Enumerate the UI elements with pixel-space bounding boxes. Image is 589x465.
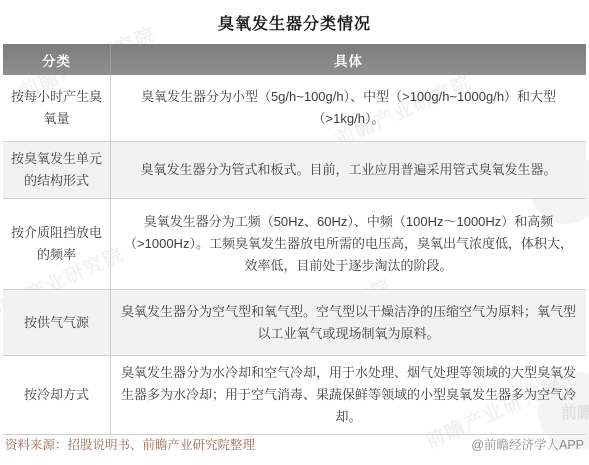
row-category: 按供气气源	[3, 290, 111, 355]
classification-table: 分类 具体 按每小时产生臭氧量 臭氧发生器分为小型（5g/h~100g/h）、中…	[3, 44, 586, 435]
table-header-row: 分类 具体	[3, 44, 586, 75]
row-category: 按每小时产生臭氧量	[3, 75, 111, 141]
row-detail: 臭氧发生器分为空气型和氧气型。空气型以干燥洁净的压缩空气为原料；氧气型以工业氧气…	[111, 290, 586, 355]
row-detail: 臭氧发生器分为管式和板式。目前，工业应用普遍采用管式臭氧发生器。	[111, 142, 586, 198]
row-detail: 臭氧发生器分为水冷却和空气冷却，用于水处理、烟气处理等领域的大型臭氧发生器多为水…	[111, 356, 586, 434]
row-detail: 臭氧发生器分为小型（5g/h~100g/h）、中型（>100g/h~1000g/…	[111, 75, 586, 141]
row-category: 按臭氧发生单元的结构形式	[3, 142, 111, 198]
table-row: 按冷却方式 臭氧发生器分为水冷却和空气冷却，用于水处理、烟气处理等领域的大型臭氧…	[3, 355, 586, 434]
row-category: 按冷却方式	[3, 356, 111, 434]
table-row: 按每小时产生臭氧量 臭氧发生器分为小型（5g/h~100g/h）、中型（>100…	[3, 75, 586, 141]
table-row: 按供气气源 臭氧发生器分为空气型和氧气型。空气型以干燥洁净的压缩空气为原料；氧气…	[3, 289, 586, 355]
infographic-page: 前瞻产业研究院 前瞻产业研究院 前瞻产业研究院 前瞻产业研究院 前瞻产业研究院 …	[0, 0, 589, 465]
source-note: 资料来源：招股说明书、前瞻产业研究院整理	[5, 435, 255, 453]
column-header-detail: 具体	[111, 44, 586, 75]
footer: 资料来源：招股说明书、前瞻产业研究院整理 @前瞻经济学人APP	[5, 435, 584, 453]
page-title: 臭氧发生器分类情况	[0, 0, 589, 37]
row-category: 按介质阻挡放电的频率	[3, 199, 111, 289]
row-detail: 臭氧发生器分为工频（50Hz、60Hz）、中频（100Hz～1000Hz）和高频…	[111, 199, 586, 289]
table-row: 按介质阻挡放电的频率 臭氧发生器分为工频（50Hz、60Hz）、中频（100Hz…	[3, 198, 586, 289]
column-header-category: 分类	[3, 44, 111, 75]
table-row: 按臭氧发生单元的结构形式 臭氧发生器分为管式和板式。目前，工业应用普遍采用管式臭…	[3, 141, 586, 198]
credit-note: @前瞻经济学人APP	[471, 435, 584, 453]
